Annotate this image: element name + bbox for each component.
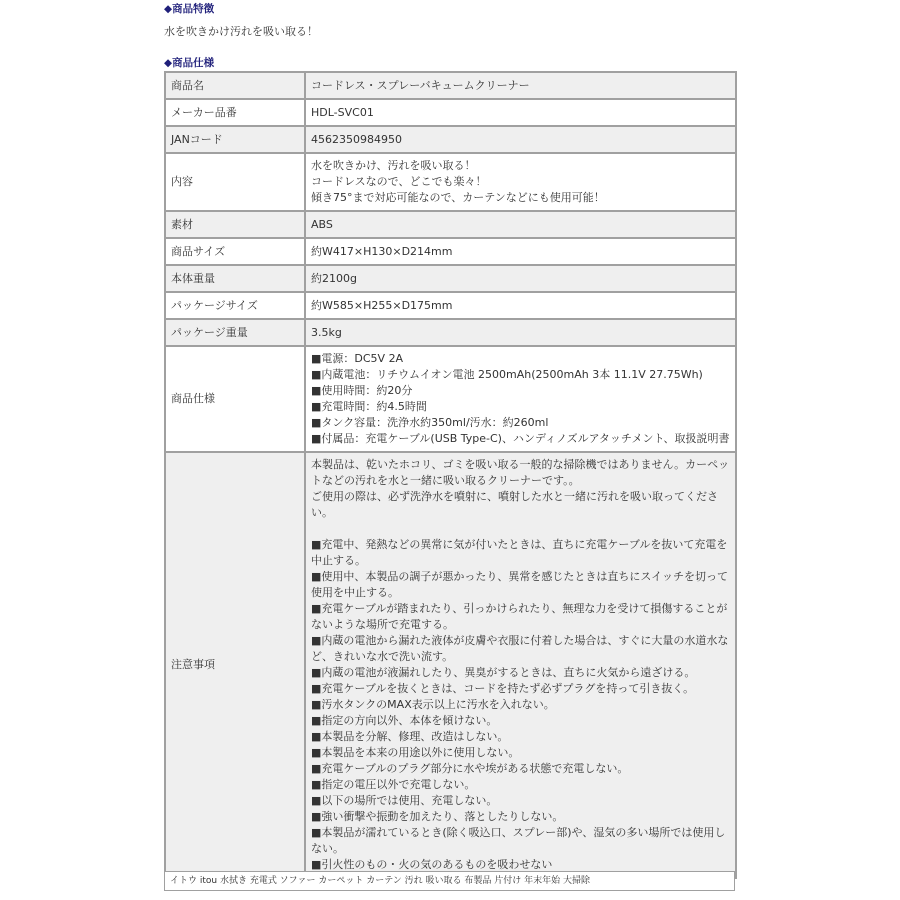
table-row: 素材 ABS: [165, 211, 736, 238]
spec-line: ■タンク容量：洗浄水約350ml/汚水：約260ml: [311, 415, 730, 431]
row-key-specifications: 商品仕様: [165, 346, 305, 452]
contents-line: 傾き75°まで対応可能なので、カーテンなどにも使用可能！: [311, 190, 730, 206]
keywords-box: イトウ itou 水拭き 充電式 ソファー カーペット カーテン 汚れ 吸い取る…: [164, 871, 735, 891]
precaution-line: ■内蔵の電池が液漏れしたり、異臭がするときは、直ちに火気から遠ざける。: [311, 665, 730, 681]
table-row: パッケージサイズ 約W585×H255×D175mm: [165, 292, 736, 319]
precaution-line: ■内蔵の電池から漏れた液体が皮膚や衣服に付着した場合は、すぐに大量の水道水など、…: [311, 633, 730, 665]
row-key-package-weight: パッケージ重量: [165, 319, 305, 346]
precaution-line: ■充電ケーブルが踏まれたり、引っかけられたり、無理な力を受けて損傷することがない…: [311, 601, 730, 633]
precaution-line: ■使用中、本製品の調子が悪かったり、異常を感じたときは直ちにスイッチを切って使用…: [311, 569, 730, 601]
precaution-line: ■本製品を本来の用途以外に使用しない。: [311, 745, 730, 761]
table-row: 商品仕様 ■電源：DC5V 2A ■内蔵電池：リチウムイオン電池 2500mAh…: [165, 346, 736, 452]
precaution-line: ご使用の際は、必ず洗浄水を噴射に、噴射した水と一緒に汚れを吸い取ってください。: [311, 489, 730, 521]
row-value-precautions: 本製品は、乾いたホコリ、ゴミを吸い取る一般的な掃除機ではありません。カーペットな…: [305, 452, 736, 878]
table-row: 商品名 コードレス・スプレーバキュームクリーナー: [165, 72, 736, 99]
row-key-jan-code: JANコード: [165, 126, 305, 153]
spec-line: ■電源：DC5V 2A: [311, 351, 730, 367]
spec-line: ■使用時間：約20分: [311, 383, 730, 399]
row-key-model-number: メーカー品番: [165, 99, 305, 126]
specs-heading: ◆商品仕様: [164, 56, 214, 70]
blank-line: [311, 521, 730, 537]
row-key-body-weight: 本体重量: [165, 265, 305, 292]
precaution-line: ■指定の電圧以外で充電しない。: [311, 777, 730, 793]
precaution-line: ■充電ケーブルを抜くときは、コードを持たず必ずプラグを持って引き抜く。: [311, 681, 730, 697]
precaution-line: ■充電中、発熱などの異常に気が付いたときは、直ちに充電ケーブルを抜いて充電を中止…: [311, 537, 730, 569]
table-row: パッケージ重量 3.5kg: [165, 319, 736, 346]
row-value-package-size: 約W585×H255×D175mm: [305, 292, 736, 319]
precaution-line: ■指定の方向以外、本体を傾けない。: [311, 713, 730, 729]
precaution-line: ■以下の場所では使用、充電しない。: [311, 793, 730, 809]
spec-table: 商品名 コードレス・スプレーバキュームクリーナー メーカー品番 HDL-SVC0…: [164, 71, 737, 879]
contents-line: 水を吹きかけ、汚れを吸い取る！: [311, 158, 730, 174]
table-row: メーカー品番 HDL-SVC01: [165, 99, 736, 126]
features-text: 水を吹きかけ汚れを吸い取る！: [164, 24, 318, 40]
precaution-line: 本製品は、乾いたホコリ、ゴミを吸い取る一般的な掃除機ではありません。カーペットな…: [311, 457, 730, 489]
precaution-line: ■強い衝撃や振動を加えたり、落としたりしない。: [311, 809, 730, 825]
precaution-line: ■本製品が濡れているとき(除く吸込口、スプレー部)や、湿気の多い場所では使用しな…: [311, 825, 730, 857]
row-key-precautions: 注意事項: [165, 452, 305, 878]
features-heading: ◆商品特徴: [164, 2, 214, 16]
precaution-line: ■充電ケーブルのプラグ部分に水や埃がある状態で充電しない。: [311, 761, 730, 777]
precaution-line: ■汚水タンクのMAX表示以上に汚水を入れない。: [311, 697, 730, 713]
spec-line: ■付属品：充電ケーブル(USB Type-C)、ハンディノズルアタッチメント、取…: [311, 431, 730, 447]
precaution-line: ■本製品を分解、修理、改造はしない。: [311, 729, 730, 745]
row-value-package-weight: 3.5kg: [305, 319, 736, 346]
row-value-body-weight: 約2100g: [305, 265, 736, 292]
table-row: 内容 水を吹きかけ、汚れを吸い取る！ コードレスなので、どこでも楽々！ 傾き75…: [165, 153, 736, 211]
row-value-specifications: ■電源：DC5V 2A ■内蔵電池：リチウムイオン電池 2500mAh(2500…: [305, 346, 736, 452]
row-value-contents: 水を吹きかけ、汚れを吸い取る！ コードレスなので、どこでも楽々！ 傾き75°まで…: [305, 153, 736, 211]
table-row: 本体重量 約2100g: [165, 265, 736, 292]
row-value-model-number: HDL-SVC01: [305, 99, 736, 126]
spec-line: ■充電時間：約4.5時間: [311, 399, 730, 415]
row-key-contents: 内容: [165, 153, 305, 211]
row-key-product-size: 商品サイズ: [165, 238, 305, 265]
row-value-product-name: コードレス・スプレーバキュームクリーナー: [305, 72, 736, 99]
row-value-product-size: 約W417×H130×D214mm: [305, 238, 736, 265]
table-row: 商品サイズ 約W417×H130×D214mm: [165, 238, 736, 265]
row-value-jan-code: 4562350984950: [305, 126, 736, 153]
contents-line: コードレスなので、どこでも楽々！: [311, 174, 730, 190]
row-key-material: 素材: [165, 211, 305, 238]
table-row: JANコード 4562350984950: [165, 126, 736, 153]
table-row: 注意事項 本製品は、乾いたホコリ、ゴミを吸い取る一般的な掃除機ではありません。カ…: [165, 452, 736, 878]
row-value-material: ABS: [305, 211, 736, 238]
row-key-product-name: 商品名: [165, 72, 305, 99]
row-key-package-size: パッケージサイズ: [165, 292, 305, 319]
spec-line: ■内蔵電池：リチウムイオン電池 2500mAh(2500mAh 3本 11.1V…: [311, 367, 730, 383]
